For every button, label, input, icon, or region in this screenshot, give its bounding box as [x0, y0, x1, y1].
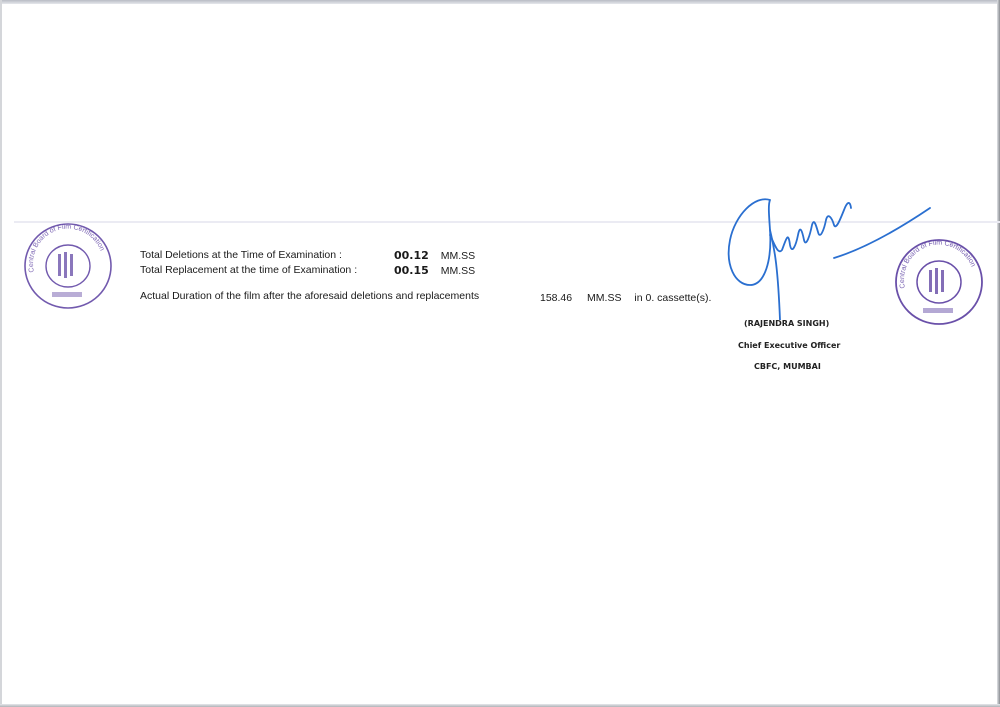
deletions-row: Total Deletions at the Time of Examinati… [140, 249, 342, 261]
page-edge-left [0, 0, 2, 707]
actual-duration-value: 158.46 [540, 292, 572, 304]
signatory-office: CBFC, MUMBAI [754, 362, 821, 371]
replacement-unit: MM.SS [441, 265, 475, 277]
replacement-label: Total Replacement at the time of Examina… [140, 264, 357, 276]
actual-duration-suffix: in 0. cassette(s). [634, 292, 711, 304]
page-edge-top [0, 0, 1000, 4]
replacement-row: Total Replacement at the time of Examina… [140, 264, 357, 276]
deletions-label: Total Deletions at the Time of Examinati… [140, 249, 342, 261]
left-official-stamp-icon: Central Board of Film Certification [22, 220, 114, 317]
deletions-unit: MM.SS [441, 250, 475, 262]
actual-duration-row: Actual Duration of the film after the af… [140, 290, 479, 302]
signatory-designation: Chief Executive Officer [738, 341, 840, 350]
actual-duration-value-row: 158.46 MM.SS in 0. cassette(s). [540, 292, 711, 304]
deletions-value: 00.12 [394, 249, 429, 262]
signatory-name: (RAJENDRA SINGH) [744, 319, 829, 328]
right-official-stamp-icon: Central Board of Film Certification [893, 236, 985, 333]
replacement-value: 00.15 [394, 264, 429, 277]
actual-duration-label: Actual Duration of the film after the af… [140, 290, 479, 302]
actual-duration-unit: MM.SS [587, 292, 621, 304]
replacement-value-row: 00.15 MM.SS [394, 264, 475, 277]
deletions-value-row: 00.12 MM.SS [394, 249, 475, 262]
